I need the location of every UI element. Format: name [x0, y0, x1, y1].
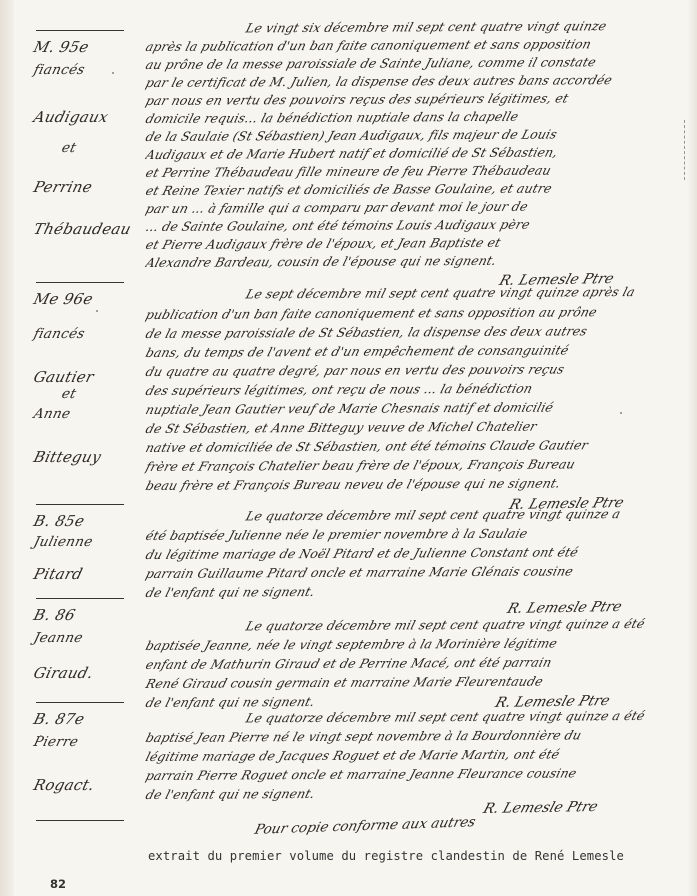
handwritten-line: de St Sébastien, et Anne Bitteguy veuve … [143, 417, 679, 438]
page-number: 82 [50, 877, 66, 891]
handwritten-line: Le quatorze décembre mil sept cent quatr… [143, 505, 679, 526]
entry-separator [36, 30, 124, 31]
margin-note: Rogact. [32, 776, 97, 794]
handwritten-line: baptisé Jean Pierre né le vingt sept nov… [143, 726, 679, 747]
entry-number: M. 95e [32, 38, 91, 56]
entry-number: B. 85e [32, 512, 87, 530]
entry-separator [36, 504, 124, 505]
handwritten-line: native et domiciliée de St Sébastien, on… [143, 436, 679, 457]
scan-speck [40, 735, 42, 737]
entry-separator [36, 598, 124, 599]
handwritten-line: Le quatorze décembre mil sept cent quatr… [143, 615, 679, 636]
margin-note: fiancés [32, 62, 87, 78]
margin-note: Anne [32, 406, 72, 422]
handwritten-line: du quatre au quatre degré, par nous en v… [143, 360, 679, 381]
handwritten-line: frère et François Chatelier beau frère d… [143, 455, 679, 476]
margin-note: et [60, 386, 78, 402]
handwritten-line: bans, du temps de l'avent et d'un empêch… [143, 341, 679, 362]
margin-note: Pitard [32, 565, 85, 583]
handwritten-line: Le sept décembre mil sept cent quatre vi… [143, 283, 679, 304]
margin-note: Perrine [32, 178, 95, 196]
scan-right-edge [687, 0, 697, 896]
handwritten-line: Le quatorze décembre mil sept cent quatr… [143, 707, 679, 728]
document-caption: extrait du premier volume du registre cl… [148, 849, 624, 863]
scan-speck [112, 72, 114, 74]
scan-left-edge [0, 0, 14, 896]
entry-separator [36, 702, 124, 703]
entry-separator [36, 820, 124, 821]
scan-speck [96, 310, 98, 312]
handwritten-line: beau frère et François Bureau neveu de l… [143, 474, 679, 495]
entry-separator [36, 282, 124, 283]
margin-note: Audigaux [32, 108, 110, 126]
handwritten-line: été baptisée Julienne née le premier nov… [143, 524, 679, 545]
entry-number: B. 87e [32, 710, 87, 728]
priest-signature: R. Lemesle Ptre [481, 799, 600, 817]
margin-note: Giraud. [32, 664, 96, 682]
handwritten-line: parrain Guillaume Pitard oncle et marrai… [143, 562, 679, 583]
margin-note: Thébaudeau [32, 220, 133, 238]
handwritten-line: parrain Pierre Roguet oncle et marraine … [143, 764, 679, 785]
scan-speck [620, 412, 622, 414]
handwritten-line: de la messe paroissiale de St Sébastien,… [143, 322, 679, 343]
handwritten-line: Alexandre Bardeau, cousin de l'épouse qu… [143, 251, 679, 272]
handwritten-line: légitime mariage de Jacques Roguet et de… [143, 745, 679, 766]
handwritten-line: du légitime mariage de Noël Pitard et de… [143, 543, 679, 564]
handwritten-line: nuptiale Jean Gautier veuf de Marie Ches… [143, 398, 679, 419]
margin-note: Gautier [32, 368, 96, 386]
handwritten-line: des supérieurs légitimes, ont reçu de no… [143, 379, 679, 400]
margin-note: Julienne [32, 534, 95, 550]
entry-number: Me 96e [32, 290, 95, 308]
entry-number: B. 86 [32, 606, 78, 624]
margin-note: et [60, 140, 78, 156]
closing-attestation: Pour copie conforme aux autres [253, 814, 477, 838]
handwritten-line: baptisée Jeanne, née le vingt septembre … [143, 634, 679, 655]
handwritten-line: publication d'un ban faite canoniquement… [143, 303, 679, 324]
margin-note: Bitteguy [32, 448, 103, 466]
margin-note: Jeanne [32, 630, 85, 646]
margin-note: fiancés [32, 326, 87, 342]
handwritten-line: enfant de Mathurin Giraud et de Perrine … [143, 653, 679, 674]
margin-mark [684, 120, 685, 180]
handwritten-line: René Giraud cousin germain et marraine M… [143, 672, 679, 693]
